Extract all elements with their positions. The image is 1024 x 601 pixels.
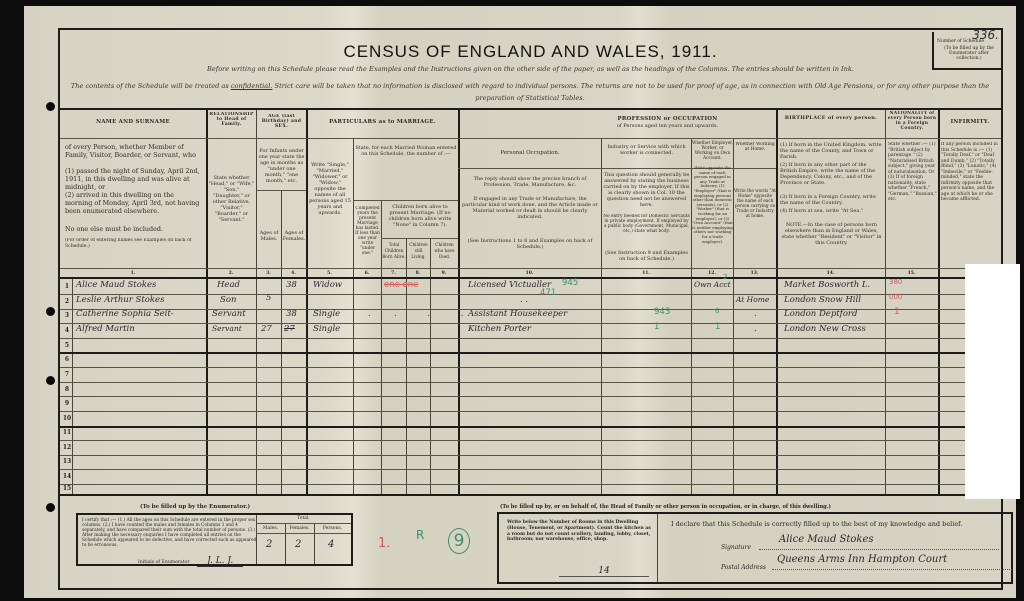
total-label: Total. [256, 516, 351, 521]
document-title: CENSUS OF ENGLAND AND WALES, 1911. [60, 42, 1001, 62]
cell-birthplace: Market Bosworth L. [784, 280, 870, 290]
signature-label: Signature [721, 544, 751, 551]
punch-hole [46, 376, 55, 385]
column-number: 7. [381, 270, 406, 278]
census-schedule-sheet: CENSUS OF ENGLAND AND WALES, 1911. Befor… [24, 6, 1016, 598]
column-number: 14. [776, 270, 885, 278]
cell-birthplace: London Snow Hill [784, 295, 861, 305]
row-number: 12 [62, 444, 72, 451]
schedule-number: 336. [972, 33, 999, 38]
cell-relationship: Son [220, 295, 236, 305]
cell-name: Alfred Martin [76, 324, 135, 334]
females-label: Females. [285, 526, 314, 531]
total-persons: 4 [328, 539, 334, 550]
cell-occupation-code: 471 [540, 288, 556, 298]
cell-age-female: 38 [286, 280, 297, 290]
cell-age-male: 27 [261, 324, 272, 334]
cell-children: one one [384, 280, 418, 290]
row-number: 7 [62, 371, 72, 378]
cell-occupation-code: 945 [562, 278, 578, 288]
cell-occupation: Assistant Housekeeper [468, 309, 567, 319]
declaration-text: I declare that this Schedule is correctl… [671, 520, 962, 528]
total-males: 2 [266, 539, 272, 550]
header-birthplace-note: NOTE.—In the case of persons born elsewh… [780, 222, 883, 246]
row-number: 13 [62, 458, 72, 465]
cell-home: . [754, 309, 757, 319]
punch-hole [46, 102, 55, 111]
confidential-rest: Strict care will be taken that no inform… [275, 82, 990, 102]
males-label: Males. [256, 526, 285, 531]
header-marriage-years: Completed years the present Marriage has… [354, 206, 381, 256]
cell-children: . . . [394, 309, 478, 319]
cell-name: Catherine Sophia Seit- [76, 309, 174, 319]
header-name-order: (For order of entering names see Example… [65, 238, 203, 250]
cell-relationship: Head [217, 280, 240, 290]
cell-name: Alice Maud Stokes [76, 280, 156, 290]
header-children-total: Total Children Born Alive. [382, 242, 406, 260]
cell-occupation: Kitchen Porter [468, 324, 531, 334]
column-number: 13. [733, 270, 776, 278]
header-marriage-children: Children born alive to present Marriage.… [382, 204, 458, 228]
postal-address: Queens Arms Inn Hampton Court [777, 554, 947, 565]
row-number: 15 [62, 485, 72, 492]
enumerator-initials-label: Initials of Enumerator [138, 560, 190, 565]
header-children-living: Children still Living. [407, 242, 430, 260]
row-number: 5 [62, 342, 72, 349]
header-age-females: Ages of Females. [282, 230, 306, 242]
cell-birthplace: London Deptford [784, 309, 857, 319]
red-tally-mark: 1. [378, 536, 390, 551]
cell-birthplace-code: 000 [889, 293, 902, 301]
column-number: 10. [458, 270, 601, 278]
cell-occupation: Licensed Victualler [468, 280, 551, 290]
header-birthplace-p1: (1) If born in the United Kingdom, write… [780, 142, 883, 160]
footer-section: (To be filled up by the Enumerator.) I c… [60, 496, 1001, 588]
column-number: 6. [353, 270, 381, 278]
header-name-cond2: (2) arrived in this dwelling on the morn… [65, 191, 203, 215]
header-birthplace-p4: (4) If born at sea, write "At Sea." [780, 208, 883, 214]
header-birthplace: BIRTHPLACE of every person. [777, 115, 885, 121]
column-number: 3. [256, 270, 281, 278]
header-industry-see: (See Instruction 9 and Examples on back … [603, 250, 690, 262]
enumerator-initials: J. L. J. [197, 556, 243, 567]
header-marriage: PARTICULARS as to MARRIAGE. [307, 119, 458, 125]
cell-age-female: 38 [286, 309, 297, 319]
row-number: 11 [62, 429, 72, 436]
header-infirmity-desc: If any person included in this Schedule … [941, 142, 999, 203]
cell-relationship: Servant [212, 324, 242, 333]
row-number: 10 [62, 415, 72, 422]
cell-age-male: 5 [266, 293, 271, 303]
header-personal-desc2: If engaged in any Trade or Manufacture, … [462, 196, 598, 220]
header-name-desc: of every Person, whether Member of Famil… [65, 143, 203, 159]
header-relationship: RELATIONSHIP to Head of Family. [207, 112, 256, 127]
cell-employer: Own Acct [694, 280, 731, 289]
cell-years: . [368, 309, 371, 319]
household-table: NAME AND SURNAME of every Person, whethe… [60, 108, 1001, 494]
header-employer: Whether Employer, Worker, or Working on … [692, 140, 733, 160]
header-married-woman: State, for each Married Woman entered on… [355, 145, 457, 157]
header-nationality: NATIONALITY of every Person born in a Fo… [886, 111, 938, 131]
header-children-died: Children who have Died. [431, 242, 458, 260]
cell-occupation-code: 943 [654, 307, 670, 317]
header-age: AGE (last Birthday) and SEX. [257, 114, 306, 129]
column-number: 9. [430, 270, 458, 278]
instruction-line: Before writing on this Schedule please r… [60, 65, 1001, 73]
cell-age-female: 27 [284, 324, 295, 334]
header-employer-desc: Write opposite the name of each person e… [692, 166, 733, 244]
header-marriage-write: Write "Single," "Married," "Widower," or… [308, 162, 352, 216]
column-number: 15. [885, 270, 938, 278]
header-industry: Industry or Service with which worker is… [603, 144, 690, 156]
column-number: 8. [406, 270, 430, 278]
enumerator-certify: I certify that :— (1.) All the ages on t… [82, 518, 257, 549]
cell-occupation-code: 1 [654, 322, 659, 332]
header-personal-desc1: The reply should show the precise branch… [462, 176, 598, 188]
header-name-noone: No one else must be included. [65, 225, 203, 233]
header-name: NAME AND SURNAME [60, 119, 206, 125]
cell-employer-code: 1 [715, 322, 720, 332]
header-nationality-desc: State whether :— (1) "British subject by… [888, 142, 937, 203]
header-infirmity: INFIRMITY. [939, 119, 1001, 125]
row-number: 8 [62, 386, 72, 393]
cell-name: Leslie Arthur Stokes [76, 295, 164, 305]
column-number: 11. [601, 270, 691, 278]
cell-relationship: Servant [212, 309, 246, 319]
row-number: 6 [62, 356, 72, 363]
schedule-frame: CENSUS OF ENGLAND AND WALES, 1911. Befor… [58, 28, 1003, 590]
persons-label: Persons. [314, 526, 351, 531]
cell-employer-code: 6 [715, 307, 719, 315]
header-birthplace-p3: (3) If born in a Foreign Country, write … [780, 194, 883, 206]
column-number: 4. [281, 270, 306, 278]
enumerator-box: I certify that :— (1.) All the ages on t… [76, 513, 353, 566]
row-number: 14 [62, 473, 72, 480]
rooms-count: 14 [559, 566, 649, 577]
header-relationship-desc: State whether "Head," or "Wife," "Son," … [208, 175, 255, 223]
schedule-number-note: (To be filled up by the Enumerator after… [937, 46, 1001, 61]
total-females: 2 [295, 539, 301, 550]
confidential-word: confidential. [231, 82, 273, 90]
header-personal-desc3: (See Instructions 1 to 8 and Examples on… [462, 238, 598, 250]
confidentiality-notice: The contents of the Schedule will be tre… [70, 80, 990, 104]
signature: Alice Maud Stokes [779, 534, 874, 545]
occupant-box: Write below the Number of Rooms in this … [497, 512, 1013, 584]
header-name-cond1: (1) passed the night of Sunday, April 2n… [65, 167, 203, 191]
cell-birthplace-code: 380 [889, 278, 902, 286]
cell-marital: Single [313, 309, 340, 319]
enumerator-title: (To be filled up by the Enumerator.) [140, 504, 250, 510]
cell-marital: Widow [313, 280, 342, 290]
cell-birthplace-code: 1 [894, 307, 900, 317]
rooms-instructions: Write below the Number of Rooms in this … [507, 520, 652, 543]
green-circled-mark: 9 [448, 528, 470, 554]
row-number: 1 [62, 283, 72, 290]
punch-hole [46, 307, 55, 316]
header-profession-sub: of Persons aged ten years and upwards. [459, 123, 876, 129]
column-number: 5. [306, 270, 353, 278]
header-industry-note: No entry needed for Domestic Servants in… [603, 214, 690, 234]
green-tally-mark: R [416, 528, 424, 542]
cell-home: . [754, 324, 757, 334]
header-personal-occupation: Personal Occupation. [460, 150, 600, 156]
column-number: 1. [60, 270, 206, 278]
occupant-title: (To be filled up by, or on behalf of, th… [500, 504, 831, 510]
cell-birthplace: London New Cross [784, 324, 866, 334]
enumerator-initials-row: Initials of Enumerator J. L. J. [138, 556, 243, 566]
schedule-number-box: Number of Schedule 336. (To be filled up… [932, 32, 1003, 70]
confidential-prefix: The contents of the Schedule will be tre… [71, 82, 229, 90]
header-age-desc: For Infants under one year state the age… [258, 148, 305, 184]
header-industry-desc: This question should generally be answer… [603, 172, 690, 208]
cell-marital: Single [313, 324, 340, 334]
row-number: 9 [62, 400, 72, 407]
column-number: 2. [206, 270, 256, 278]
row-number: 4 [62, 327, 72, 334]
punch-hole [46, 503, 55, 512]
cell-home: At Home [736, 295, 769, 304]
header-home-desc: Write the words "At Home" opposite the n… [734, 188, 776, 218]
row-number: 3 [62, 312, 72, 319]
redaction-patch [965, 264, 1020, 499]
postal-address-label: Postal Address [721, 564, 766, 571]
cell-employer-code: 2 [723, 273, 727, 281]
header-birthplace-p2: (2) If born in any other part of the Bri… [780, 162, 883, 186]
header-age-males: Ages of Males. [257, 230, 281, 242]
cell-occupation: . . [520, 295, 528, 305]
header-home: Whether Working at Home. [734, 142, 776, 152]
row-number: 2 [62, 298, 72, 305]
